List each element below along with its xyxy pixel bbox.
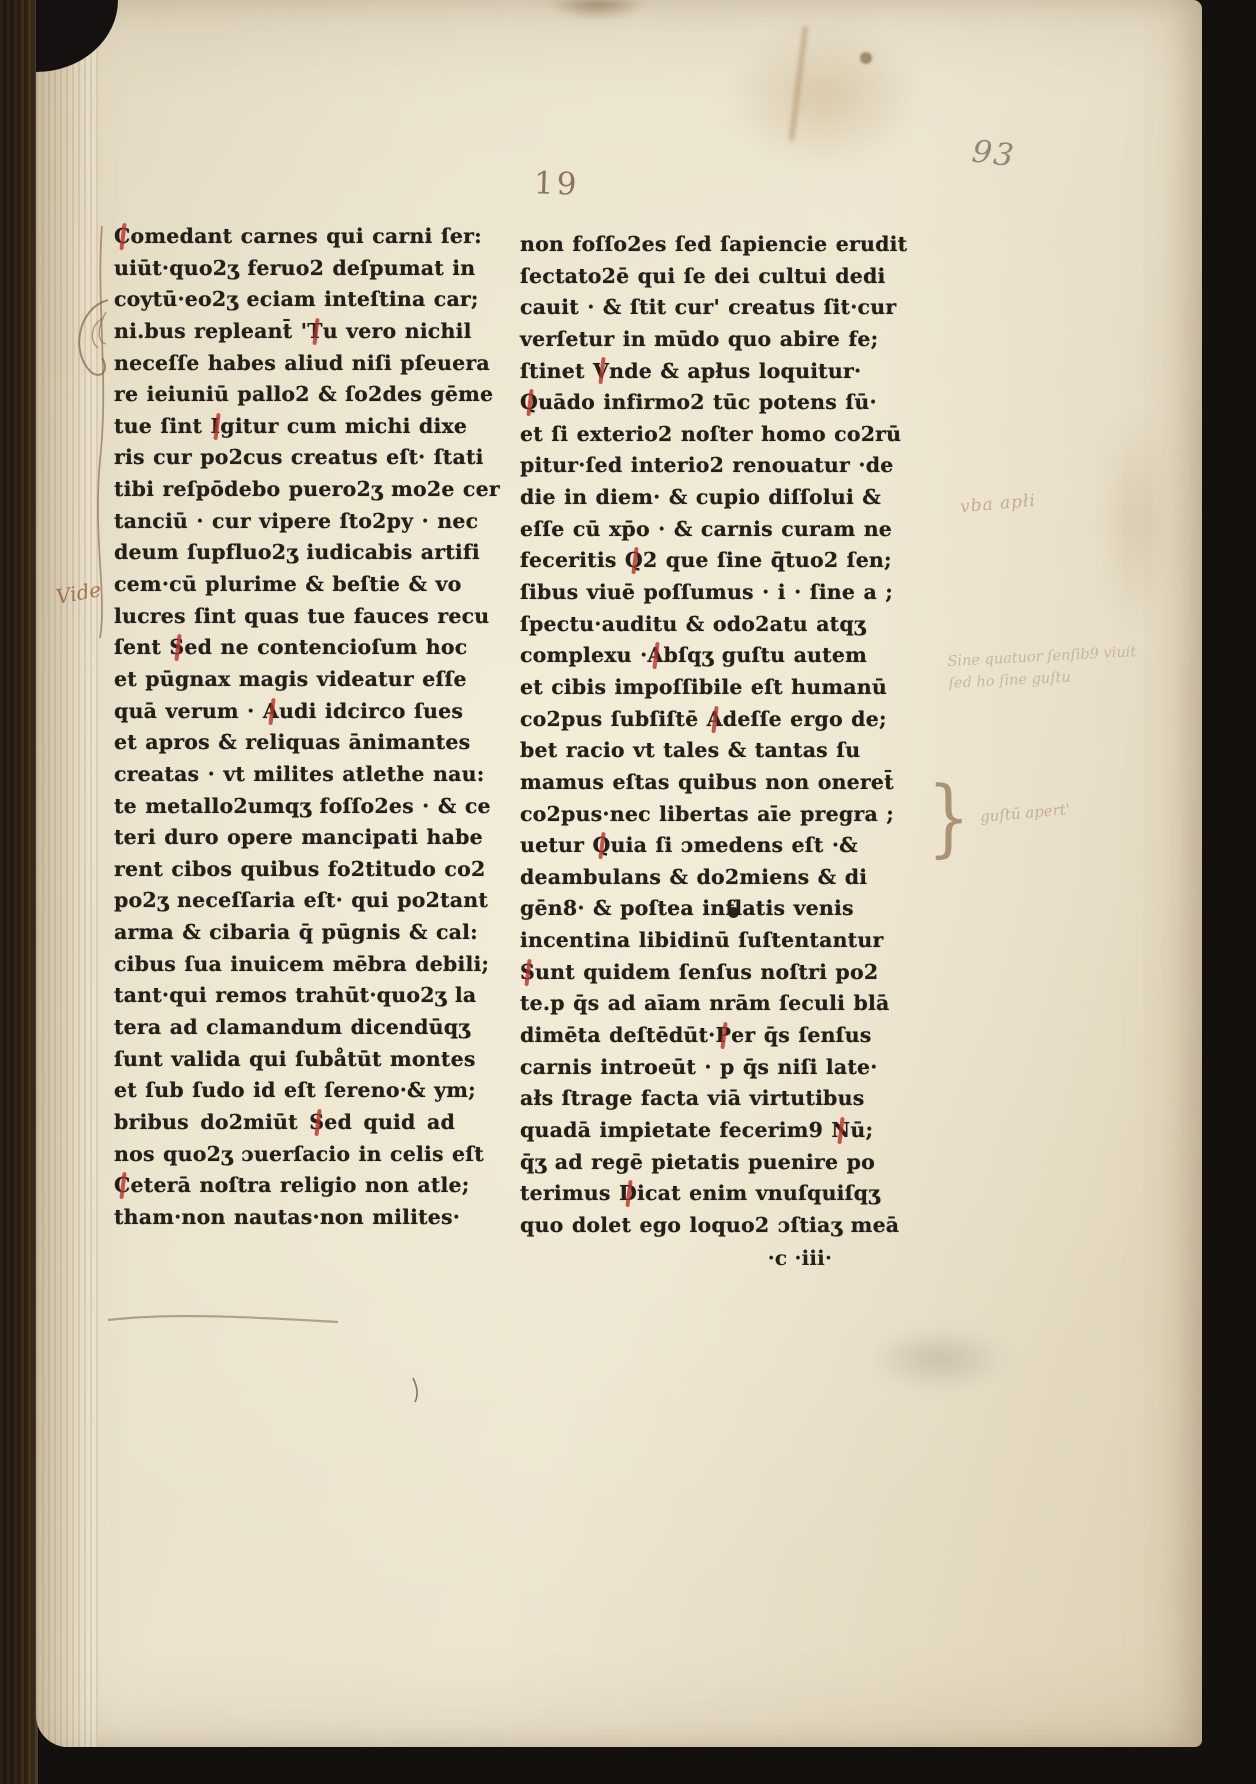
text-line: Sunt quidem ſenſus noſtri po2	[520, 957, 846, 989]
text-segment: te metallo2umqʒ foſſo2es · & ce	[114, 794, 491, 818]
text-segment: carnis introeūt · p q̄s niſi late·	[520, 1055, 878, 1079]
text-line: verſetur in mūdo quo abire fe;	[520, 324, 846, 356]
text-line: et cibis impoſſibile eſt humanū	[520, 672, 846, 704]
text-segment: ris cur po2cus creatus eſt· ſtati	[114, 445, 484, 469]
text-line: quo dolet ego loquo2 ɔſtiaʒ meā	[520, 1210, 846, 1242]
text-line: te.p q̄s ad aīam nrām ſeculi blā	[520, 988, 846, 1020]
text-line: uiūt·quo2ʒ feruo2 deſpumat in	[114, 253, 455, 285]
text-line: lucres ſint quas tue fauces recu	[114, 601, 455, 633]
text-segment: q̄ʒ ad regē pietatis puenire po	[520, 1150, 875, 1174]
text-line: coytū·eo2ʒ eciam inteſtina car;	[114, 284, 455, 316]
text-line: ſunt valida qui ſubåtūt montes	[114, 1044, 455, 1076]
text-segment: et pūgnax magis videatur eſſe	[114, 667, 467, 691]
text-line: bet racio vt tales & tantas ſu	[520, 735, 846, 767]
text-segment: ū;	[850, 1118, 873, 1142]
screenshot-root: { "page": { "folio_ink": "19", "folio_pe…	[0, 0, 1256, 1784]
text-segment: tanciū · cur vipere ſto2py · nec	[114, 509, 478, 533]
text-segment: te.p q̄s ad aīam nrām ſeculi blā	[520, 991, 889, 1015]
text-segment: uiūt·quo2ʒ feruo2 deſpumat in	[114, 256, 475, 280]
text-line: quadā impietate fecerim9 Nū;	[520, 1115, 846, 1147]
text-line: et apros & reliquas ānimantes	[114, 727, 455, 759]
text-segment: ed ne contencioſum hoc	[184, 635, 467, 659]
text-segment: pitur·ſed interio2 renouatur ·de	[520, 453, 893, 477]
text-line: q̄ʒ ad regē pietatis puenire po	[520, 1147, 846, 1179]
text-line: et pūgnax magis videatur eſſe	[114, 664, 455, 696]
text-line: deum ſupfluo2ʒ iudicabis artifi	[114, 537, 455, 569]
text-segment: 2 que ſine q̄tuo2 ſen;	[643, 548, 892, 572]
text-line: ris cur po2cus creatus eſt· ſtati	[114, 442, 455, 474]
text-line: te metallo2umqʒ foſſo2es · & ce	[114, 791, 455, 823]
text-segment: po2ʒ neceſſaria eſt· qui po2tant	[114, 888, 488, 912]
text-segment: tham·non nautas·non milites·	[114, 1205, 460, 1229]
text-line: dimēta deſtēdūt·Per q̄s ſenſus	[520, 1020, 846, 1052]
text-line: cem·cū plurime & beſtie & vo	[114, 569, 455, 601]
text-segment: cauit · & ſtit cur' creatus ſit·cur	[520, 295, 896, 319]
text-segment: uetur	[520, 833, 592, 857]
text-segment: tera ad clamandum dicendūqʒ	[114, 1015, 470, 1039]
text-line: re ieiuniū pallo2 & ſo2des gēme	[114, 379, 455, 411]
text-segment: quadā impietate fecerim9	[520, 1118, 831, 1142]
text-segment: coytū·eo2ʒ eciam inteſtina car;	[114, 287, 479, 311]
text-segment: ni.bus repleant̄ '	[114, 319, 307, 343]
text-segment: dimēta deſtēdūt·	[520, 1023, 716, 1047]
text-segment: et apros & reliquas ānimantes	[114, 730, 470, 754]
text-segment: ſectato2ē qui ſe dei cultui dedi	[520, 264, 886, 288]
rubricated-initial: Q	[592, 830, 610, 862]
text-segment: die in diem· & cupio diſſolui &	[520, 485, 881, 509]
text-line: tera ad clamandum dicendūqʒ	[114, 1012, 455, 1044]
rubricated-initial: N	[831, 1115, 850, 1147]
text-line: ſtinet Vnde & apłus loquitur·	[520, 356, 846, 388]
text-segment: mamus eſtas quibus non oneret̄	[520, 770, 894, 794]
text-line: ałs ſtrage facta viā virtutibus	[520, 1083, 846, 1115]
text-line: pitur·ſed interio2 renouatur ·de	[520, 450, 846, 482]
text-line: die in diem· & cupio diſſolui &	[520, 482, 846, 514]
text-segment: er q̄s ſenſus	[731, 1023, 871, 1047]
text-segment: deſſe ergo de;	[723, 707, 887, 731]
text-line: tant·qui remos trahūt·quo2ʒ la	[114, 980, 455, 1012]
text-segment: non foſſo2es ſed ſapiencie erudit	[520, 232, 907, 256]
quire-signature: ·c ·iii·	[520, 1246, 832, 1270]
text-segment: tant·qui remos trahūt·quo2ʒ la	[114, 983, 476, 1007]
text-line: deambulans & do2miens & di	[520, 862, 846, 894]
text-segment: ałs ſtrage facta viā virtutibus	[520, 1086, 864, 1110]
text-segment: et ſub ſudo id eſt ſereno·& ym;	[114, 1078, 476, 1102]
rubricated-initial: I	[210, 411, 220, 443]
text-segment: bſqʒ guſtu autem	[664, 643, 867, 667]
text-segment: tibi reſpōdebo puero2ʒ mo2e cer	[114, 477, 500, 501]
rubricated-initial: P	[716, 1020, 732, 1052]
text-line: tham·non nautas·non milites·	[114, 1202, 455, 1234]
text-line: uetur Quia ſi ɔmedens eſt ·&	[520, 830, 846, 862]
folio-number-ink: 19	[533, 165, 580, 203]
text-line: terimus Dicat enim vnuſquiſqʒ	[520, 1178, 846, 1210]
text-segment: et ſi exterio2 noſter homo co2rū	[520, 422, 901, 446]
text-segment: bet racio vt tales & tantas ſu	[520, 738, 860, 762]
text-line: et ſub ſudo id eſt ſereno·& ym;	[114, 1075, 455, 1107]
text-segment: complexu ·	[520, 643, 647, 667]
text-segment: et cibis impoſſibile eſt humanū	[520, 675, 887, 699]
text-segment: feceritis	[520, 548, 625, 572]
text-segment: eterā noſtra religio non atle;	[131, 1173, 470, 1197]
rubricated-initial: S	[520, 957, 535, 989]
text-line: arma & cibaria q̄ pūgnis & cal:	[114, 917, 455, 949]
text-line: ſectato2ē qui ſe dei cultui dedi	[520, 261, 846, 293]
text-line: mamus eſtas quibus non oneret̄	[520, 767, 846, 799]
rubricated-initial: S	[169, 632, 184, 664]
text-segment: nos quo2ʒ ɔuerſacio in celis eſt	[114, 1142, 484, 1166]
text-segment: incentina libidinū ſuſtentantur	[520, 928, 883, 952]
text-line: rent cibos quibus fo2titudo co2	[114, 854, 455, 886]
text-column-left: Comedant carnes qui carni ſer:uiūt·quo2ʒ…	[114, 221, 455, 1234]
rubricated-initial: Q	[520, 387, 538, 419]
text-segment: quo dolet ego loquo2 ɔſtiaʒ meā	[520, 1213, 899, 1237]
rubricated-initial: T	[307, 316, 322, 348]
text-line: eſſe cū xp̄o · & carnis curam ne	[520, 514, 846, 546]
text-segment: uādo infirmo2 tūc potens ſū·	[538, 390, 877, 414]
text-line: complexu ·Abſqʒ guſtu autem	[520, 640, 846, 672]
margin-brace: }	[927, 768, 970, 866]
text-segment: u vero nichil	[323, 319, 472, 343]
rubricated-initial: V	[593, 356, 609, 388]
text-segment: gēn8· & poſtea inflatis venis	[520, 896, 854, 920]
text-line: feceritis Q2 que ſine q̄tuo2 ſen;	[520, 545, 846, 577]
text-line: ſent Sed ne contencioſum hoc	[114, 632, 455, 664]
manuscript-page: 19 93 Comedant carnes qui carni ſer:uiūt…	[36, 0, 1202, 1747]
text-line: nos quo2ʒ ɔuerſacio in celis eſt	[114, 1139, 455, 1171]
text-segment: icat enim vnuſquiſqʒ	[637, 1181, 880, 1205]
text-segment: deum ſupfluo2ʒ iudicabis artifi	[114, 540, 480, 564]
text-line: co2pus·nec libertas aīe pregra ;	[520, 799, 846, 831]
rubricated-initial: C	[114, 221, 131, 253]
folio-number-pencil: 93	[970, 133, 1018, 174]
text-segment: quā verum ·	[114, 699, 263, 723]
text-line: po2ʒ neceſſaria eſt· qui po2tant	[114, 885, 455, 917]
text-column-right: non foſſo2es ſed ſapiencie eruditſectato…	[520, 229, 846, 1242]
text-line: creatas · vt milites atlethe nau:	[114, 759, 455, 791]
text-line: gēn8· & poſtea inflatis venis	[520, 893, 846, 925]
text-segment: omedant carnes qui carni ſer:	[131, 224, 482, 248]
text-segment: neceſſe habes aliud niſi pſeuera	[114, 351, 490, 375]
text-line: et ſi exterio2 noſter homo co2rū	[520, 419, 846, 451]
text-line: incentina libidinū ſuſtentantur	[520, 925, 846, 957]
text-segment: ſibus viuē poſſumus · i · ſine a ;	[520, 580, 893, 604]
rubricated-initial: Q	[625, 545, 643, 577]
text-line: bribus do2miūt Sed quid ad	[114, 1107, 455, 1139]
text-segment: udi idcirco ſues	[279, 699, 463, 723]
text-line: teri duro opere mancipati habe	[114, 822, 455, 854]
text-segment: co2pus ſubſiſtē	[520, 707, 707, 731]
text-segment: ed quid ad	[324, 1110, 455, 1134]
text-line: Comedant carnes qui carni ſer:	[114, 221, 455, 253]
rubricated-initial: A	[263, 696, 279, 728]
text-segment: teri duro opere mancipati habe	[114, 825, 483, 849]
text-segment: lucres ſint quas tue fauces recu	[114, 604, 489, 628]
text-line: neceſſe habes aliud niſi pſeuera	[114, 348, 455, 380]
text-segment: uia ſi ɔmedens eſt ·&	[611, 833, 858, 857]
text-segment: cibus ſua inuicem mēbra debili;	[114, 952, 489, 976]
text-line: tanciū · cur vipere ſto2py · nec	[114, 506, 455, 538]
text-segment: ſpectu·auditu & odo2atu atqʒ	[520, 612, 866, 636]
text-line: tibi reſpōdebo puero2ʒ mo2e cer	[114, 474, 455, 506]
text-line: non foſſo2es ſed ſapiencie erudit	[520, 229, 846, 261]
text-line: quā verum · Audi idcirco ſues	[114, 696, 455, 728]
text-line: cibus ſua inuicem mēbra debili;	[114, 949, 455, 981]
text-line: co2pus ſubſiſtē Adeſſe ergo de;	[520, 704, 846, 736]
rubricated-initial: D	[619, 1178, 637, 1210]
text-segment: cem·cū plurime & beſtie & vo	[114, 572, 461, 596]
rubricated-initial: A	[647, 640, 663, 672]
text-segment: tue ſint	[114, 414, 210, 438]
text-segment: gitur cum michi dixe	[220, 414, 467, 438]
text-line: carnis introeūt · p q̄s niſi late·	[520, 1052, 846, 1084]
text-segment: ſunt valida qui ſubåtūt montes	[114, 1047, 476, 1071]
text-line: ſibus viuē poſſumus · i · ſine a ;	[520, 577, 846, 609]
text-segment: arma & cibaria q̄ pūgnis & cal:	[114, 920, 478, 944]
text-segment: verſetur in mūdo quo abire fe;	[520, 327, 878, 351]
text-line: cauit · & ſtit cur' creatus ſit·cur	[520, 292, 846, 324]
text-segment: eſſe cū xp̄o · & carnis curam ne	[520, 517, 892, 541]
rubricated-initial: A	[707, 704, 723, 736]
text-segment: nde & apłus loquitur·	[609, 359, 861, 383]
text-line: ni.bus repleant̄ 'Tu vero nichil	[114, 316, 455, 348]
text-segment: unt quidem ſenſus noſtri po2	[535, 960, 878, 984]
rubricated-initial: S	[309, 1107, 324, 1139]
text-segment: ſtinet	[520, 359, 593, 383]
text-line: ſpectu·auditu & odo2atu atqʒ	[520, 609, 846, 641]
text-segment: terimus	[520, 1181, 619, 1205]
text-segment: bribus do2miūt	[114, 1110, 309, 1134]
text-line: Quādo infirmo2 tūc potens ſū·	[520, 387, 846, 419]
book-spine-edge	[0, 0, 38, 1784]
text-segment: re ieiuniū pallo2 & ſo2des gēme	[114, 382, 493, 406]
rubricated-initial: C	[114, 1170, 131, 1202]
text-segment: ſent	[114, 635, 169, 659]
text-segment: deambulans & do2miens & di	[520, 865, 867, 889]
text-line: Ceterā noſtra religio non atle;	[114, 1170, 455, 1202]
text-segment: creatas · vt milites atlethe nau:	[114, 762, 484, 786]
text-segment: rent cibos quibus fo2titudo co2	[114, 857, 485, 881]
text-segment: co2pus·nec libertas aīe pregra ;	[520, 802, 894, 826]
text-line: tue ſint Igitur cum michi dixe	[114, 411, 455, 443]
